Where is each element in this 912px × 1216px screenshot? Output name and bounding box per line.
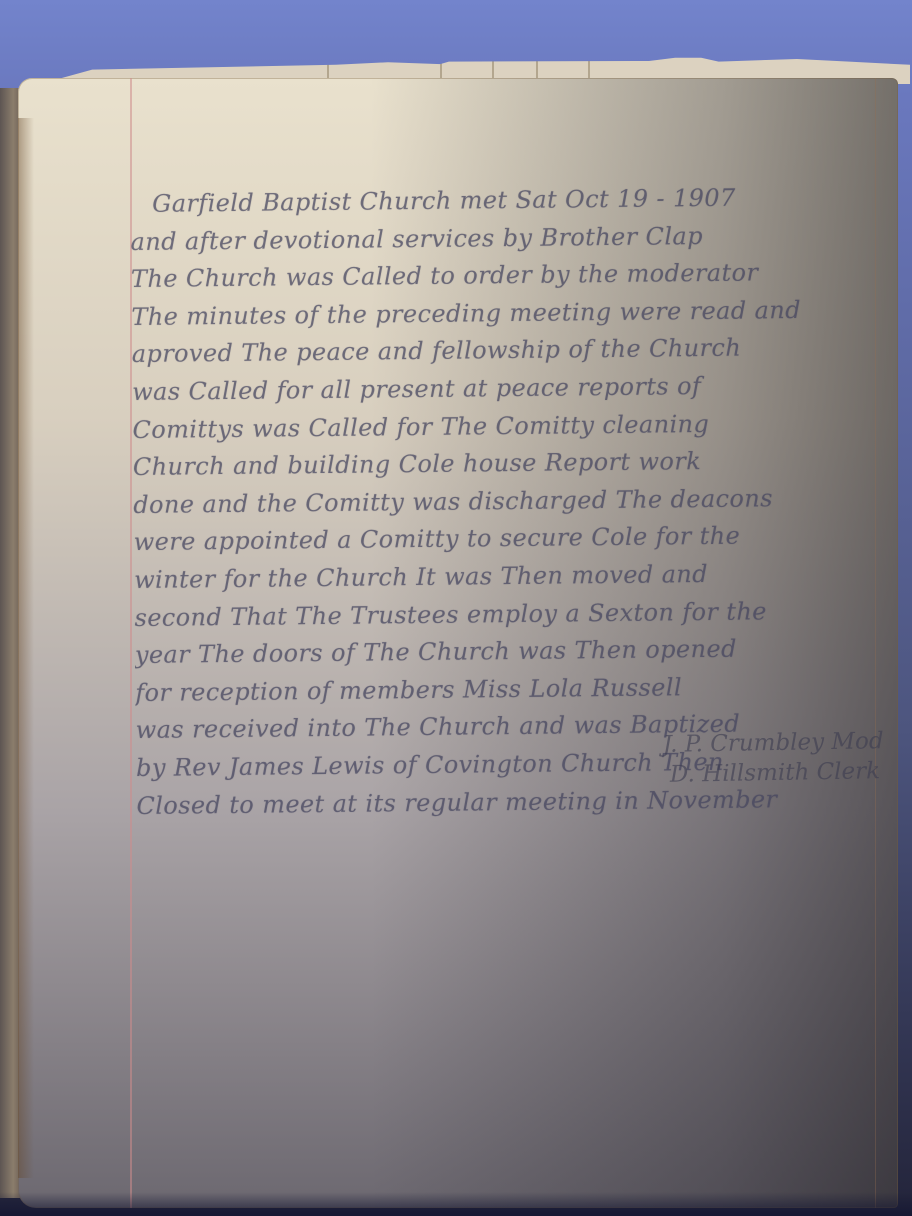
clerk-signature: D. Hillsmith Clerk	[663, 756, 880, 790]
scanned-ledger-photo: Garfield Baptist Church met Sat Oct 19 -…	[0, 0, 912, 1216]
bottom-shadow	[0, 1192, 912, 1216]
binding-stain	[18, 118, 34, 1178]
moderator-signature: J. P. Crumbley Mod	[663, 726, 884, 760]
signature-block: J. P. Crumbley Mod D. Hillsmith Clerk	[663, 726, 885, 790]
ledger-page: Garfield Baptist Church met Sat Oct 19 -…	[18, 78, 898, 1208]
